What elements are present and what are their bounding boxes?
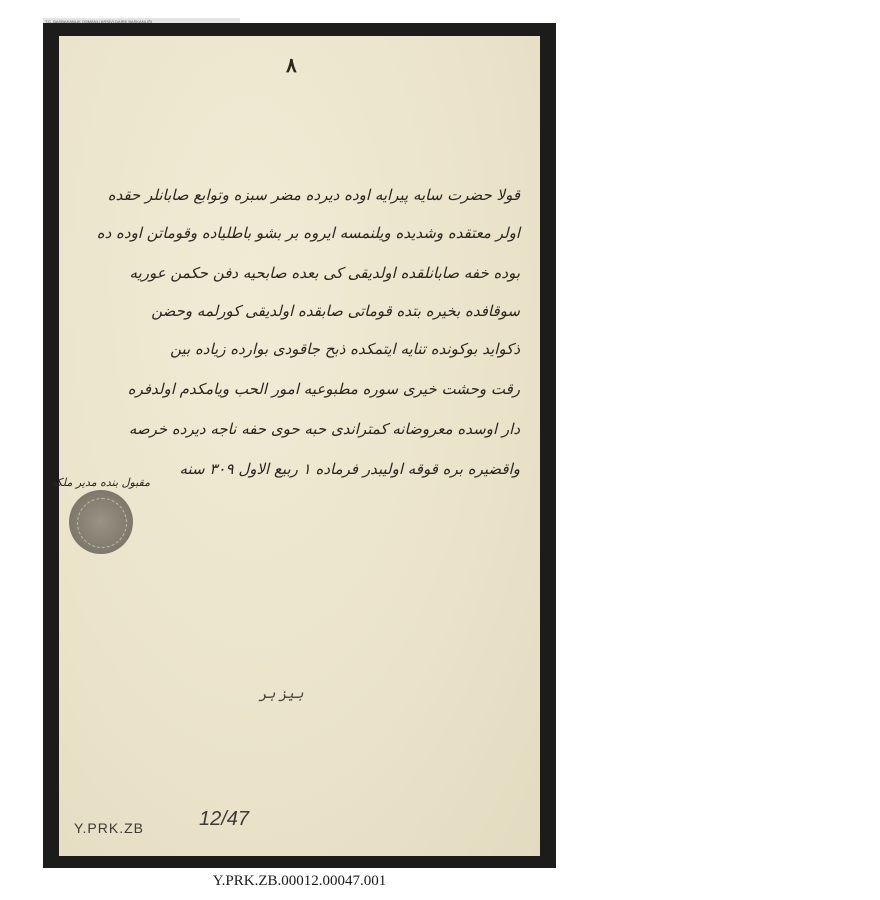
manuscript-line: رقت وحشت خیری سوره مطبوعیه امور الحب ویا… [128,380,520,398]
manuscript-page: ٨ قولا حضرت سایه پیرایه اوده دیرده مضر س… [59,36,540,856]
manuscript-line: سوقافده بخیره بتده قوماتی صابقده اولدیقی… [151,302,520,320]
seal-inner-ring [77,498,127,548]
page-number-mark: ٨ [286,53,297,78]
manuscript-line: بوده خفه صابانلقده اولدیقی کی بعده صابحی… [129,264,520,282]
manuscript-line: قولا حضرت سایه پیرایه اوده دیرده مضر سبز… [108,186,520,204]
folio-number-handwritten: 12/47 [199,808,249,831]
document-frame: ٨ قولا حضرت سایه پیرایه اوده دیرده مضر س… [43,23,556,868]
lower-ink-mark: بیز ہر [259,686,304,703]
manuscript-line: اولر معتقده وشدیده ویلنمسه ایروه بر بشو … [97,224,520,242]
seal-stamp-icon [69,490,133,554]
document-caption: Y.PRK.ZB.00012.00047.001 [43,873,556,890]
manuscript-line: ذکواید بوکونده تنایه ایتمکده ذبح جاقودی … [170,340,520,358]
manuscript-line: واقضیره بره قوقه اولیبدر فرماده ١ ربیع ا… [179,460,520,478]
signature-block: مقبول بنده‌ مدیر ملکه [51,476,150,489]
archive-reference-handwritten: Y.PRK.ZB [74,820,144,836]
manuscript-line: دار اوسده معروضانه کمتراندی حبه حوی حفه … [129,420,520,438]
